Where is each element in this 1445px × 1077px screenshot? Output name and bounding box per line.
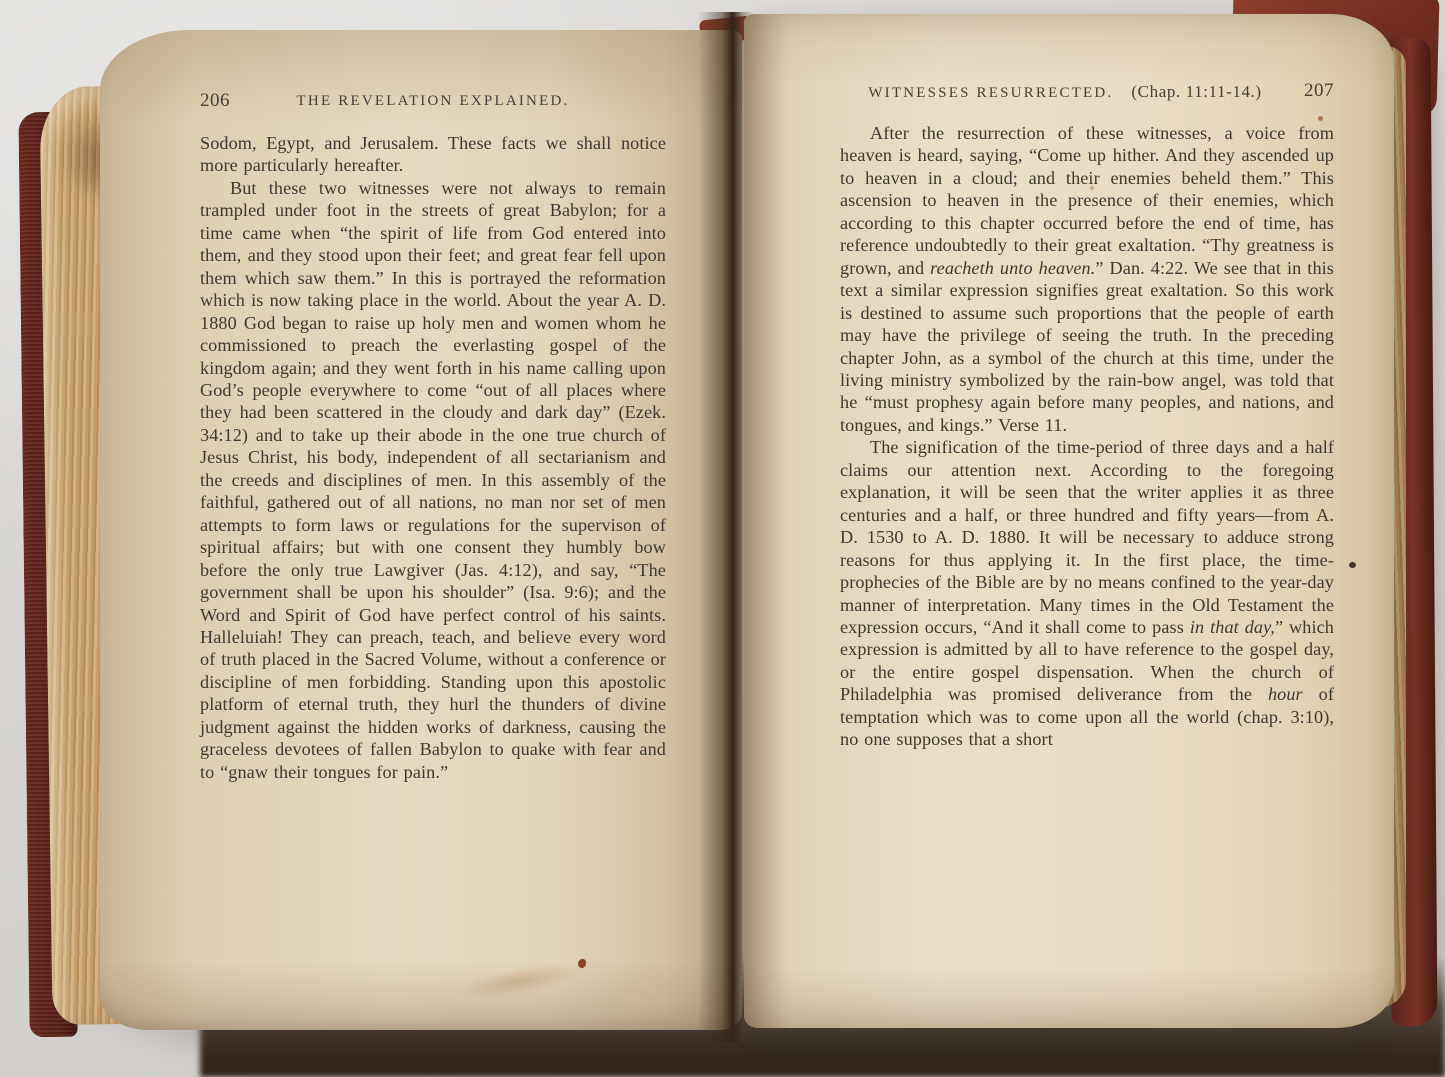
italic-text: reacheth unto heaven. [930, 258, 1095, 278]
body-text: After the resurrection of these witnesse… [840, 123, 1334, 278]
body-text: But these two witnesses were not always … [200, 178, 666, 782]
right-running-head: WITNESSES RESURRECTED. (Chap. 11:11-14.)… [840, 78, 1334, 106]
paragraph: The signification of the time-period of … [840, 436, 1334, 750]
right-running-title: WITNESSES RESURRECTED. [868, 85, 1113, 101]
right-chapter-ref: (Chap. 11:11-14.) [1131, 82, 1261, 101]
body-text: The signification of the time-period of … [840, 437, 1334, 637]
body-text: ” Dan. 4:22. We see that in this text a … [840, 258, 1334, 435]
paragraph: Sodom, Egypt, and Jerusalem. These facts… [200, 132, 666, 177]
left-page: 206 THE REVELATION EXPLAINED. Sodom, Egy… [100, 30, 742, 1030]
italic-text: in that day, [1190, 617, 1275, 637]
left-running-title: THE REVELATION EXPLAINED. [297, 93, 570, 109]
paragraph: After the resurrection of these witnesse… [840, 122, 1334, 436]
right-page-number: 207 [1304, 80, 1334, 102]
italic-text: hour [1268, 684, 1303, 704]
right-page-text: After the resurrection of these witnesse… [840, 122, 1334, 751]
paragraph: But these two witnesses were not always … [200, 177, 666, 783]
left-page-text: Sodom, Egypt, and Jerusalem. These facts… [200, 132, 666, 783]
right-page: WITNESSES RESURRECTED. (Chap. 11:11-14.)… [744, 14, 1394, 1028]
body-text: Sodom, Egypt, and Jerusalem. These facts… [200, 133, 666, 175]
left-running-head: 206 THE REVELATION EXPLAINED. [200, 88, 666, 116]
photo-open-book: 206 THE REVELATION EXPLAINED. Sodom, Egy… [0, 0, 1445, 1077]
